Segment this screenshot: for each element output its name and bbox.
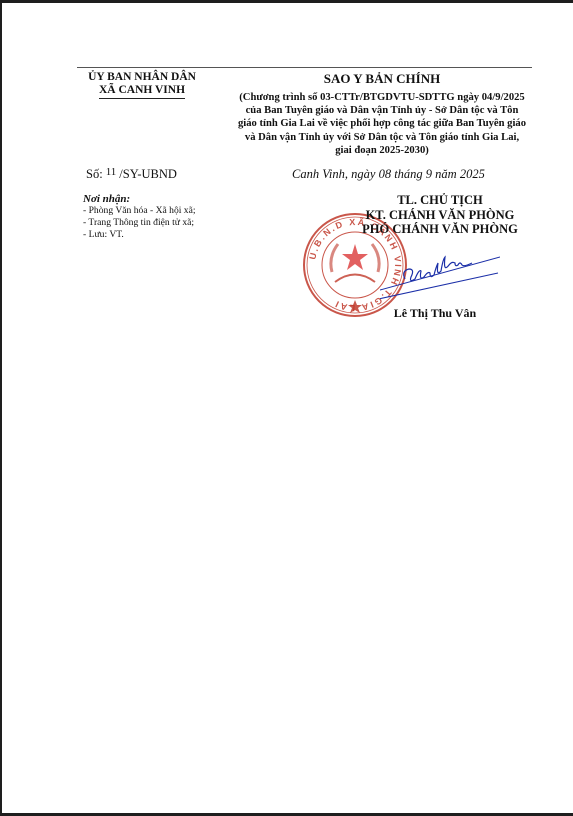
recipients: Nơi nhận: - Phòng Văn hóa - Xã hội xã; -… [83, 193, 196, 241]
subtitle-line: giáo tỉnh Gia Lai về việc phối hợp công … [212, 117, 552, 130]
subtitle-line: (Chương trình số 03-CTTr/BTGDVTU-SDTTG n… [212, 91, 552, 104]
place-date: Canh Vinh, ngày 08 tháng 9 năm 2025 [292, 167, 485, 182]
document-number: Số:11/SY-UBND [86, 167, 177, 182]
subtitle-line: giai đoạn 2025-2030) [212, 144, 552, 157]
issuing-authority: ỦY BAN NHÂN DÂN XÃ CANH VINH [62, 71, 222, 99]
sig-title-line-2: KT. CHÁNH VĂN PHÒNG [340, 208, 540, 223]
signature-title: TL. CHỦ TỊCH KT. CHÁNH VĂN PHÒNG PHÓ CHÁ… [340, 193, 540, 237]
number-suffix: /SY-UBND [119, 167, 177, 181]
authority-line-1: ỦY BAN NHÂN DÂN [62, 71, 222, 84]
document-title: SAO Y BẢN CHÍNH [212, 71, 552, 87]
recipient-item: - Lưu: VT. [83, 229, 196, 241]
sig-title-line-3: PHÓ CHÁNH VĂN PHÒNG [340, 222, 540, 237]
subtitle-line: của Ban Tuyên giáo và Dân vận Tỉnh ủy - … [212, 104, 552, 117]
recipient-item: - Trang Thông tin điện tử xã; [83, 217, 196, 229]
recipients-title: Nơi nhận: [83, 193, 196, 205]
top-divider [77, 67, 532, 68]
signer-name: Lê Thị Thu Vân [360, 306, 510, 321]
number-prefix: Số: [86, 167, 103, 181]
authority-line-2: XÃ CANH VINH [99, 84, 185, 99]
sig-title-line-1: TL. CHỦ TỊCH [340, 193, 540, 208]
document-subtitle: (Chương trình số 03-CTTr/BTGDVTU-SDTTG n… [212, 91, 552, 157]
subtitle-line: và Dân vận Tỉnh ủy với Sở Dân tộc và Tôn… [212, 131, 552, 144]
recipient-item: - Phòng Văn hóa - Xã hội xã; [83, 205, 196, 217]
number-value: 11 [106, 166, 117, 178]
